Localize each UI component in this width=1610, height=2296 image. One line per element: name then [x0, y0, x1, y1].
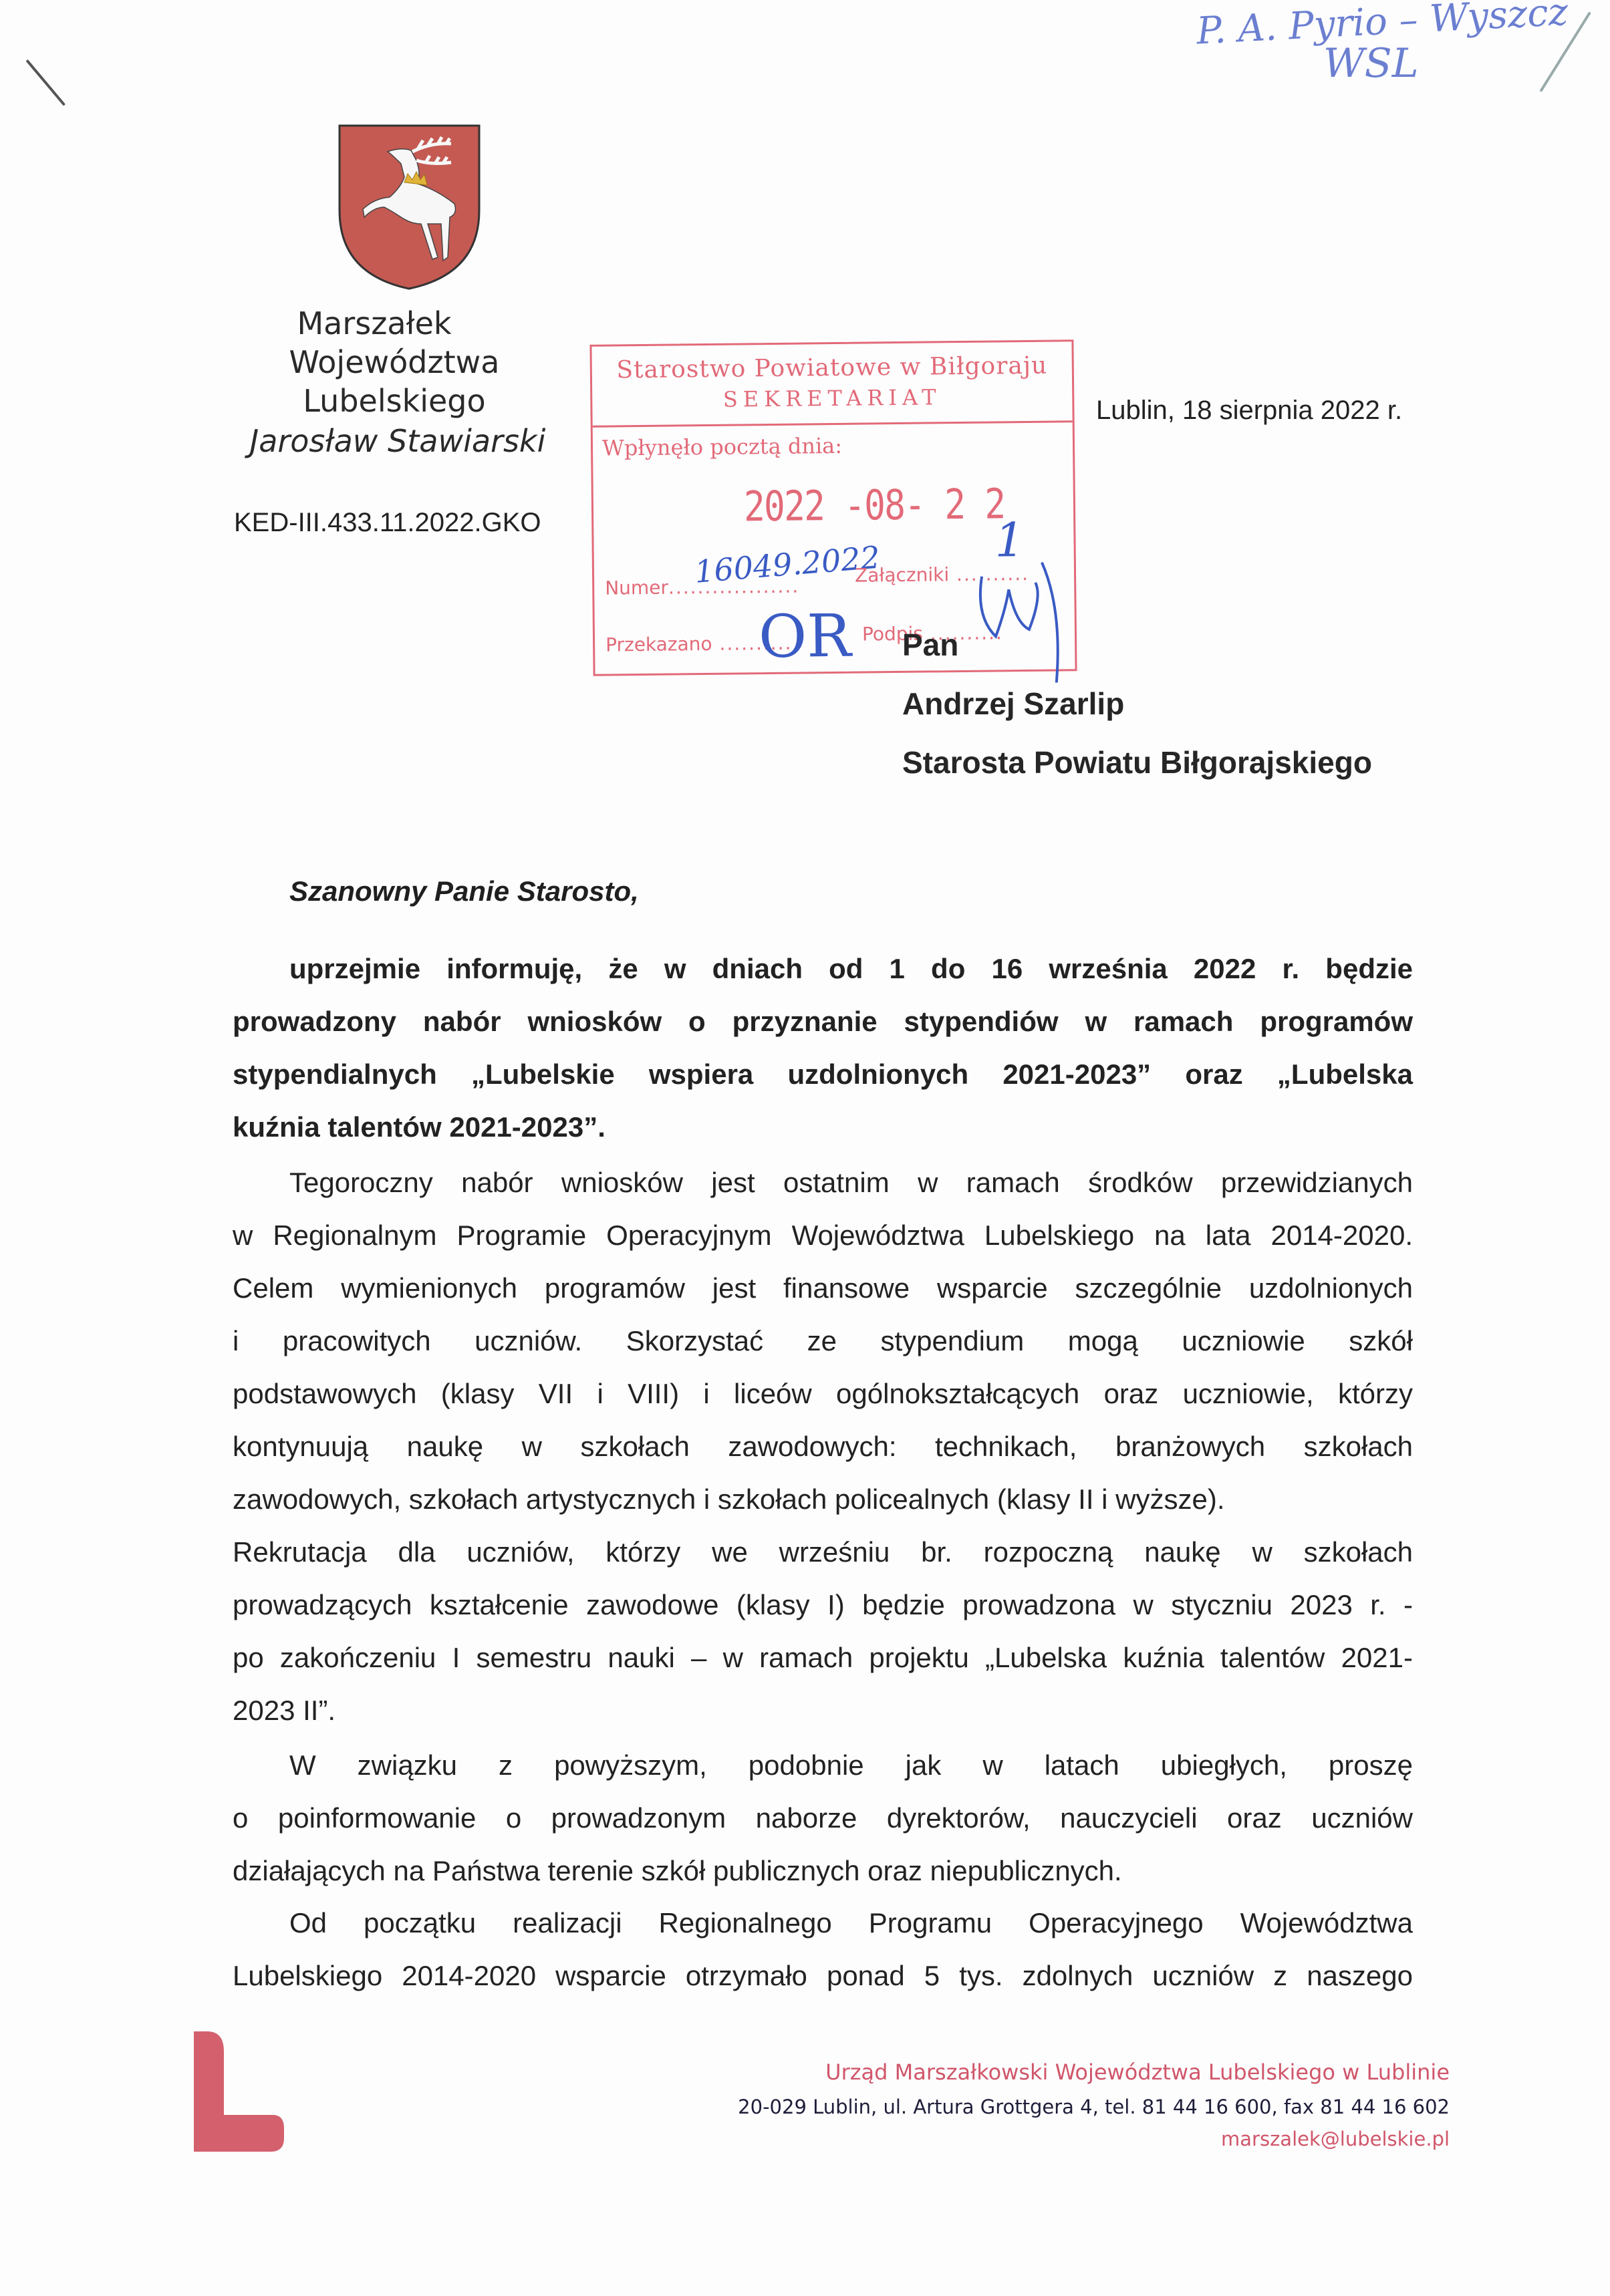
sender-title: Marszałek [160, 304, 588, 343]
addressee-position: Starosta Powiatu Biłgorajskiego [902, 739, 1372, 798]
paragraph-line: uprzejmie informuję, że w dniach od 1 do… [233, 942, 1413, 995]
lubelskie-logo-icon [194, 2031, 284, 2155]
paragraph-line: Od początku realizacji Regionalnego Prog… [233, 1896, 1413, 1949]
paragraph-line: prowadzących kształcenie zawodowe (klasy… [233, 1578, 1413, 1631]
footer-email-link[interactable]: marszalek@lubelskie.pl [738, 2124, 1450, 2154]
stamp-forwarded-label: Przekazano [606, 633, 712, 656]
paragraph-4: Od początku realizacji Regionalnego Prog… [233, 1896, 1413, 2002]
stamp-received-date: 2022 -08- 2 2 [744, 479, 1005, 531]
paragraph-1: uprzejmie informuję, że w dniach od 1 do… [233, 942, 1413, 1153]
sender-region: Województwa Lubelskiego [200, 343, 588, 420]
paragraph-line: 2023 II”. [233, 1684, 1413, 1737]
sender-block: Marszałek Województwa Lubelskiego Jarosł… [160, 304, 588, 462]
stamp-received-label: Wpłynęło pocztą dnia: [593, 422, 1073, 461]
paragraph-line: Celem wymienionych programów jest finans… [233, 1262, 1413, 1314]
stamp-forwarded-value: OR [758, 601, 851, 671]
paragraph-line: Tegoroczny nabór wniosków jest ostatnim … [233, 1156, 1413, 1209]
handwritten-initials: WSL [1323, 40, 1419, 87]
stamp-department: SEKRETARIAT [592, 382, 1072, 415]
paragraph-line: stypendialnych „Lubelskie wspiera uzdoln… [233, 1048, 1413, 1101]
paragraph-2: Tegoroczny nabór wniosków jest ostatnim … [233, 1156, 1413, 1737]
addressee-salutation: Pan [902, 621, 1372, 680]
footer-organization: Urząd Marszałkowski Województwa Lubelski… [738, 2055, 1450, 2090]
footer-address: 20-029 Lublin, ul. Artura Grottgera 4, t… [738, 2090, 1450, 2124]
paragraph-line: i pracowitych uczniów. Skorzystać ze sty… [233, 1314, 1413, 1367]
paragraph-line: w Regionalnym Programie Operacyjnym Woje… [233, 1209, 1413, 1262]
place-date: Lublin, 18 sierpnia 2022 r. [1096, 396, 1402, 426]
paragraph-line: po zakończeniu I semestru nauki – w rama… [233, 1631, 1413, 1684]
paragraph-line: kontynuują naukę w szkołach zawodowych: … [233, 1420, 1413, 1473]
paragraph-line: Rekrutacja dla uczniów, którzy we wrześn… [233, 1526, 1413, 1578]
paragraph-line: Lubelskiego 2014-2020 wsparcie otrzymało… [233, 1949, 1413, 2002]
stamp-number-label: Numer [605, 577, 668, 599]
addressee-block: Pan Andrzej Szarlip Starosta Powiatu Bił… [902, 621, 1372, 798]
coat-of-arms-icon [338, 124, 481, 291]
stamp-number-value: 16049.2022 [693, 539, 881, 590]
sender-name: Jarosław Stawiarski [207, 420, 588, 462]
paragraph-line: kuźnia talentów 2021-2023”. [233, 1101, 1413, 1153]
stamp-office: Starostwo Powiatowe w Biłgoraju [591, 341, 1072, 387]
paragraph-line: podstawowych (klasy VII i VIII) i liceów… [233, 1367, 1413, 1420]
paragraph-line: o poinformowanie o prowadzonym naborze d… [233, 1791, 1413, 1844]
paragraph-line: działających na Państwa terenie szkół pu… [233, 1844, 1413, 1897]
paragraph-3: W związku z powyższym, podobnie jak w la… [233, 1739, 1413, 1897]
pencil-mark-top-left [25, 59, 65, 106]
footer-contact: Urząd Marszałkowski Województwa Lubelski… [738, 2055, 1450, 2154]
paragraph-line: prowadzony nabór wniosków o przyznanie s… [233, 995, 1413, 1048]
reference-number: KED-III.433.11.2022.GKO [234, 508, 541, 538]
letter-salutation: Szanowny Panie Starosto, [289, 875, 639, 907]
paragraph-line: W związku z powyższym, podobnie jak w la… [233, 1739, 1413, 1791]
addressee-name: Andrzej Szarlip [902, 680, 1372, 739]
paragraph-line: zawodowych, szkołach artystycznych i szk… [233, 1473, 1413, 1526]
stamp-attachments-label: Załączniki [855, 563, 949, 586]
